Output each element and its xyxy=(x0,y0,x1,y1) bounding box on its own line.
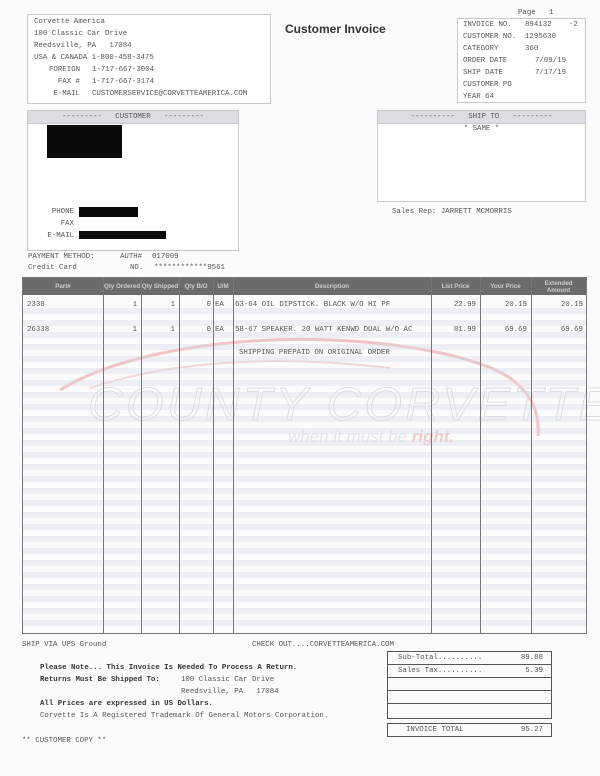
info-extra: -2 xyxy=(569,21,578,29)
scan-stripe xyxy=(23,488,586,494)
phone-label: USA & CANADA xyxy=(34,54,87,62)
scan-stripe xyxy=(23,380,586,386)
info-label: YEAR 64 xyxy=(463,93,494,101)
customer-po-row: CUSTOMER PO xyxy=(463,81,585,89)
info-value: 7/17/19 xyxy=(535,69,566,77)
cell-ordered: 1 xyxy=(103,326,137,334)
empty-row xyxy=(388,678,551,691)
subtotal-row: Sub-Total.......... 89.88 xyxy=(388,652,551,665)
note-return: Please Note... This Invoice Is Needed To… xyxy=(40,664,297,672)
col-qty-ordered: Qty Ordered xyxy=(103,278,141,295)
ship-to-header: ---------- SHIP TO --------- xyxy=(378,111,585,124)
tax-row: Sales Tax.......... 5.39 xyxy=(388,665,551,678)
invoice-info-box: INVOICE NO.894132-2 CUSTOMER NO.1295630 … xyxy=(457,18,586,103)
col-list-price: List Price xyxy=(431,278,480,295)
cell-list-price: 22.99 xyxy=(431,301,476,309)
subtotal-label: Sub-Total.......... xyxy=(398,654,482,662)
ship-to-value: * SAME * xyxy=(378,125,585,133)
returns-street: 100 Classic Car Drive xyxy=(181,676,274,684)
col-qty-bo: Qty B/O xyxy=(179,278,213,295)
redacted-email xyxy=(79,231,166,239)
col-description: Description xyxy=(233,278,431,295)
card-number: ************9561 xyxy=(154,264,225,272)
ship-via: SHIP VIA UPS Ground xyxy=(22,641,106,649)
sales-rep: Sales Rep: JARRETT MCMORRIS xyxy=(392,208,512,216)
trademark-note: Corvette Is A Registered Trademark Of Ge… xyxy=(40,712,328,720)
scan-stripe xyxy=(23,452,586,458)
payment-method-label: PAYMENT METHOD: xyxy=(28,253,95,261)
tax-value: 5.39 xyxy=(525,667,543,675)
info-label: CATEGORY xyxy=(463,45,498,53)
scan-stripe xyxy=(23,392,586,398)
customer-no-row: CUSTOMER NO.1295630 xyxy=(463,33,585,41)
invoice-no-row: INVOICE NO.894132-2 xyxy=(463,21,585,29)
checkout-link[interactable]: CHECK OUT....CORVETTEAMERICA.COM xyxy=(252,641,394,649)
company-street: 100 Classic Car Drive xyxy=(34,30,127,38)
cell-your-price: 69.69 xyxy=(480,326,527,334)
scan-stripe xyxy=(23,572,586,578)
info-label: INVOICE NO. xyxy=(463,21,512,29)
phone-label: PHONE xyxy=(28,208,74,216)
foreign-value: 1-717-667-3004 xyxy=(92,66,154,74)
tax-label: Sales Tax.......... xyxy=(398,667,482,675)
auth-label: AUTH# xyxy=(120,253,142,261)
phone-usa-canada: USA & CANADA 1-800-458-3475 xyxy=(34,54,154,62)
phone-value: 1-800-458-3475 xyxy=(92,54,154,62)
info-label: SHIP DATE xyxy=(463,69,503,77)
returns-label: Returns Must Be Shipped To: xyxy=(40,676,160,684)
subtotal-value: 89.88 xyxy=(521,654,543,662)
scan-stripe xyxy=(23,428,586,434)
cell-part: 2338 xyxy=(27,301,45,309)
scan-stripe xyxy=(23,500,586,506)
company-city: Reedsville, PA 17084 xyxy=(34,42,132,50)
scan-stripe xyxy=(23,524,586,530)
info-label: CUSTOMER NO. xyxy=(463,33,516,41)
line-items-table: Part# Qty Ordered Qty Shipped Qty B/O U/… xyxy=(22,277,587,634)
returns-city: Reedsville, PA 17084 xyxy=(181,688,279,696)
currency-note: All Prices are expressed in US Dollars. xyxy=(40,700,213,708)
cell-extended: 69.69 xyxy=(531,326,583,334)
email-label: E-MAIL xyxy=(28,90,80,98)
cell-bo: 0 xyxy=(179,301,211,309)
info-label: CUSTOMER PO xyxy=(463,81,512,89)
cell-ordered: 1 xyxy=(103,301,137,309)
scan-stripe xyxy=(23,440,586,446)
foreign-label: FOREIGN xyxy=(28,66,80,74)
cell-shipped: 1 xyxy=(141,301,175,309)
customer-box: --------- CUSTOMER --------- PHONE FAX E… xyxy=(27,110,239,251)
company-name: Corvette America xyxy=(34,18,105,26)
scan-stripe xyxy=(23,548,586,554)
card-no-label: NO. xyxy=(130,264,143,272)
page-number: Page 1 xyxy=(518,9,554,17)
scan-stripe xyxy=(23,464,586,470)
totals-box: Sub-Total.......... 89.88 Sales Tax.....… xyxy=(387,651,552,719)
cell-list-price: 81.99 xyxy=(431,326,476,334)
info-value: 360 xyxy=(525,45,538,53)
scan-stripe xyxy=(23,620,586,626)
col-part: Part# xyxy=(23,278,103,295)
invoice-total-value: 95.27 xyxy=(521,726,543,734)
info-value: 7/09/19 xyxy=(535,57,566,65)
col-extended-amount: Extended Amount xyxy=(531,278,586,295)
ship-to-box: ---------- SHIP TO --------- * SAME * xyxy=(377,110,586,202)
cell-extended: 20.19 xyxy=(531,301,583,309)
page-value: 1 xyxy=(549,9,553,17)
fax-label: FAX # xyxy=(28,78,80,86)
order-date-row: ORDER DATE7/09/19 xyxy=(463,57,585,65)
info-value: 894132 xyxy=(525,21,552,29)
customer-copy-label: ** CUSTOMER COPY ** xyxy=(22,737,106,745)
ship-date-row: SHIP DATE7/17/19 xyxy=(463,69,585,77)
col-your-price: Your Price xyxy=(480,278,531,295)
category-row: CATEGORY360 xyxy=(463,45,585,53)
payment-method: Credit Card xyxy=(28,264,77,272)
scan-stripe xyxy=(23,536,586,542)
scan-stripe xyxy=(23,416,586,422)
scan-stripe xyxy=(23,608,586,614)
scan-stripe xyxy=(23,596,586,602)
redacted-phone xyxy=(79,207,138,217)
cell-um: EA xyxy=(215,301,224,309)
scan-stripe xyxy=(23,368,586,374)
col-um: U/M xyxy=(213,278,233,295)
col-qty-shipped: Qty Shipped xyxy=(141,278,179,295)
company-address-box: Corvette America 100 Classic Car Drive R… xyxy=(27,14,271,104)
cell-your-price: 20.19 xyxy=(480,301,527,309)
page-title: Customer Invoice xyxy=(285,22,386,36)
cell-description: 58-67 SPEAKER. 20 WATT KENWD DUAL W/O AC xyxy=(235,326,412,334)
invoice-total-box: INVOICE TOTAL 95.27 xyxy=(387,723,552,737)
email-link[interactable]: CUSTOMERSERVICE@CORVETTEAMERICA.COM xyxy=(92,90,247,98)
shipping-note: SHIPPING PREPAID ON ORIGINAL ORDER xyxy=(239,349,390,357)
empty-row xyxy=(388,691,551,704)
year-row: YEAR 64 xyxy=(463,93,585,101)
customer-header: --------- CUSTOMER --------- xyxy=(28,111,238,124)
cell-um: EA xyxy=(215,326,224,334)
fax-value: 1-717-667-3174 xyxy=(92,78,154,86)
scan-stripe xyxy=(23,404,586,410)
cell-bo: 0 xyxy=(179,326,211,334)
scan-stripe xyxy=(23,512,586,518)
info-value: 1295630 xyxy=(525,33,556,41)
auth-number: 017009 xyxy=(152,253,179,261)
scan-stripe xyxy=(23,476,586,482)
redacted-customer-name xyxy=(47,125,122,158)
info-label: ORDER DATE xyxy=(463,57,507,65)
cell-shipped: 1 xyxy=(141,326,175,334)
scan-stripe xyxy=(23,584,586,590)
page-label: Page xyxy=(518,9,536,17)
cell-description: 63-64 OIL DIPSTICK. BLACK W/O HI PF xyxy=(235,301,390,309)
scan-stripe xyxy=(23,560,586,566)
email-label: E-MAIL xyxy=(28,232,74,240)
invoice-total-label: INVOICE TOTAL xyxy=(406,726,464,734)
fax-label: FAX xyxy=(28,220,74,228)
cell-part: 26338 xyxy=(27,326,49,334)
